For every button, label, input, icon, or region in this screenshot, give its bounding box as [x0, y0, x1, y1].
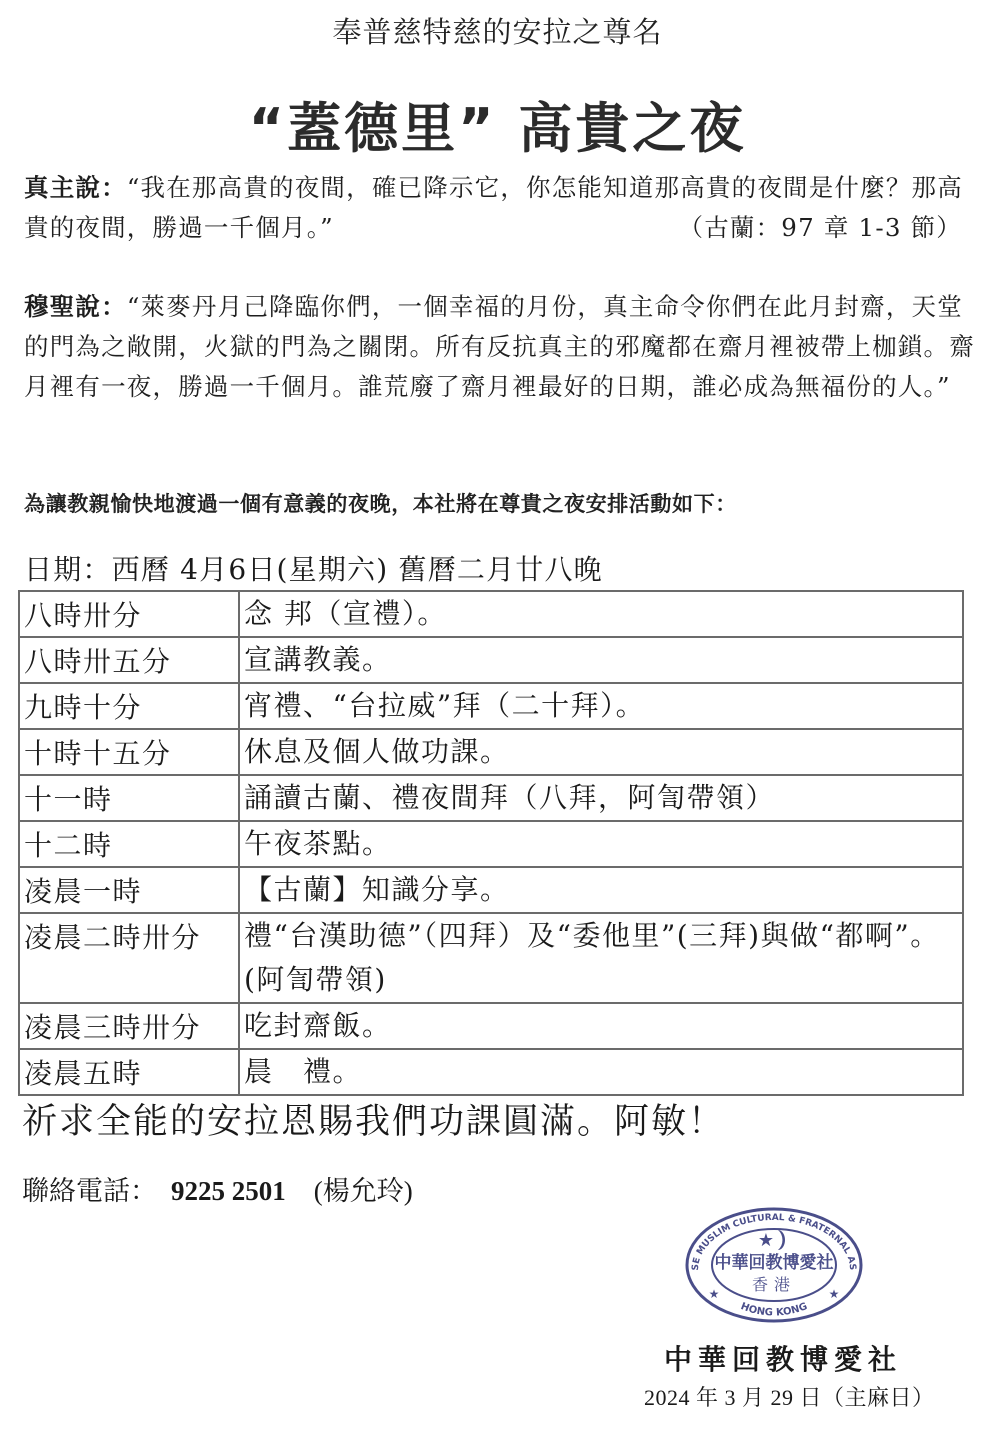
table-row: 凌晨五時晨 禮。 — [19, 1049, 963, 1095]
closing-prayer: 祈求全能的安拉恩賜我們功課圓滿。阿敏！ — [22, 1094, 725, 1144]
svg-text:中華回教博愛社: 中華回教博愛社 — [715, 1252, 834, 1273]
svg-text:★: ★ — [829, 1287, 840, 1301]
time-cell: 十一時 — [19, 775, 239, 821]
activity-cell: 午夜茶點。 — [239, 821, 963, 867]
table-row: 八時卅分念 邦（宣禮）。 — [19, 591, 963, 637]
activity-cell: 宣講教義。 — [239, 637, 963, 683]
intro-text: 為讓教親愉快地渡過一個有意義的夜晚，本社將在尊貴之夜安排活動如下： — [24, 488, 737, 518]
quote-speaker: 真主說： — [24, 173, 127, 202]
table-row: 十二時午夜茶點。 — [19, 821, 963, 867]
table-row: 凌晨一時【古蘭】知識分享。 — [19, 867, 963, 913]
svg-text:★: ★ — [709, 1287, 720, 1301]
activity-cell: 吃封齋飯。 — [239, 1003, 963, 1049]
contact-info: 聯絡電話：9225 2501(楊允玲) — [22, 1169, 413, 1208]
contact-person: (楊允玲) — [314, 1176, 413, 1206]
event-date: 日期：西曆 4月6日(星期六) 舊曆二月廿八晚 — [24, 548, 603, 588]
organization-name: 中華回教博愛社 — [664, 1338, 902, 1378]
time-cell: 九時十分 — [19, 683, 239, 729]
svg-text:香港: 香港 — [752, 1275, 796, 1294]
activity-cell: 誦讀古蘭、禮夜間拜（八拜，阿訇帶領） — [239, 775, 963, 821]
activity-cell: 念 邦（宣禮）。 — [239, 591, 963, 637]
time-cell: 凌晨一時 — [19, 867, 239, 913]
quote-reference: （古蘭：97 章 1-3 節） — [679, 208, 963, 248]
table-row: 九時十分宵禮、“台拉威”拜（二十拜）。 — [19, 683, 963, 729]
time-cell: 十二時 — [19, 821, 239, 867]
table-row: 八時卅五分宣講教義。 — [19, 637, 963, 683]
table-row: 十時十五分休息及個人做功課。 — [19, 729, 963, 775]
quote-text: “萊麥丹月己降臨你們，一個幸福的月份，真主命令你們在此月封齋，天堂的門為之敞開，… — [24, 292, 975, 401]
time-cell: 凌晨三時卅分 — [19, 1003, 239, 1049]
table-row: 凌晨二時卅分禮“台漢助德”（四拜）及“委他里”(三拜)與做“都啊”。(阿訇帶領) — [19, 913, 963, 1003]
activity-cell: 晨 禮。 — [239, 1049, 963, 1095]
time-cell: 十時十五分 — [19, 729, 239, 775]
quote-allah: 真主說：“我在那高貴的夜間，確已降示它，你怎能知道那高貴的夜間是什麼？那高貴的夜… — [24, 168, 986, 248]
page-title: “蓋德里” 高貴之夜 — [0, 86, 995, 163]
svg-text:★: ★ — [758, 1230, 774, 1251]
table-row: 十一時誦讀古蘭、禮夜間拜（八拜，阿訇帶領） — [19, 775, 963, 821]
schedule-table: 八時卅分念 邦（宣禮）。 八時卅五分宣講教義。 九時十分宵禮、“台拉威”拜（二十… — [18, 590, 964, 1096]
dedication-subtitle: 奉普慈特慈的安拉之尊名 — [0, 10, 995, 51]
time-cell: 八時卅分 — [19, 591, 239, 637]
activity-cell: 【古蘭】知識分享。 — [239, 867, 963, 913]
activity-cell: 禮“台漢助德”（四拜）及“委他里”(三拜)與做“都啊”。(阿訇帶領) — [239, 913, 963, 1003]
quote-speaker: 穆聖說： — [24, 292, 127, 321]
contact-label: 聯絡電話： — [22, 1176, 157, 1207]
table-row: 凌晨三時卅分吃封齋飯。 — [19, 1003, 963, 1049]
time-cell: 凌晨五時 — [19, 1049, 239, 1095]
issue-date: 2024 年 3 月 29 日（主麻日） — [644, 1381, 935, 1412]
association-stamp-icon: THE CHINESE MUSLIM CULTURAL & FRATERNAL … — [684, 1206, 864, 1324]
activity-cell: 休息及個人做功課。 — [239, 729, 963, 775]
contact-phone: 9225 2501 — [171, 1176, 286, 1206]
svg-text:HONG KONG: HONG KONG — [739, 1301, 809, 1318]
time-cell: 八時卅五分 — [19, 637, 239, 683]
time-cell: 凌晨二時卅分 — [19, 913, 239, 1003]
activity-cell: 宵禮、“台拉威”拜（二十拜）。 — [239, 683, 963, 729]
quote-prophet: 穆聖說：“萊麥丹月己降臨你們，一個幸福的月份，真主命令你們在此月封齋，天堂的門為… — [24, 287, 986, 407]
